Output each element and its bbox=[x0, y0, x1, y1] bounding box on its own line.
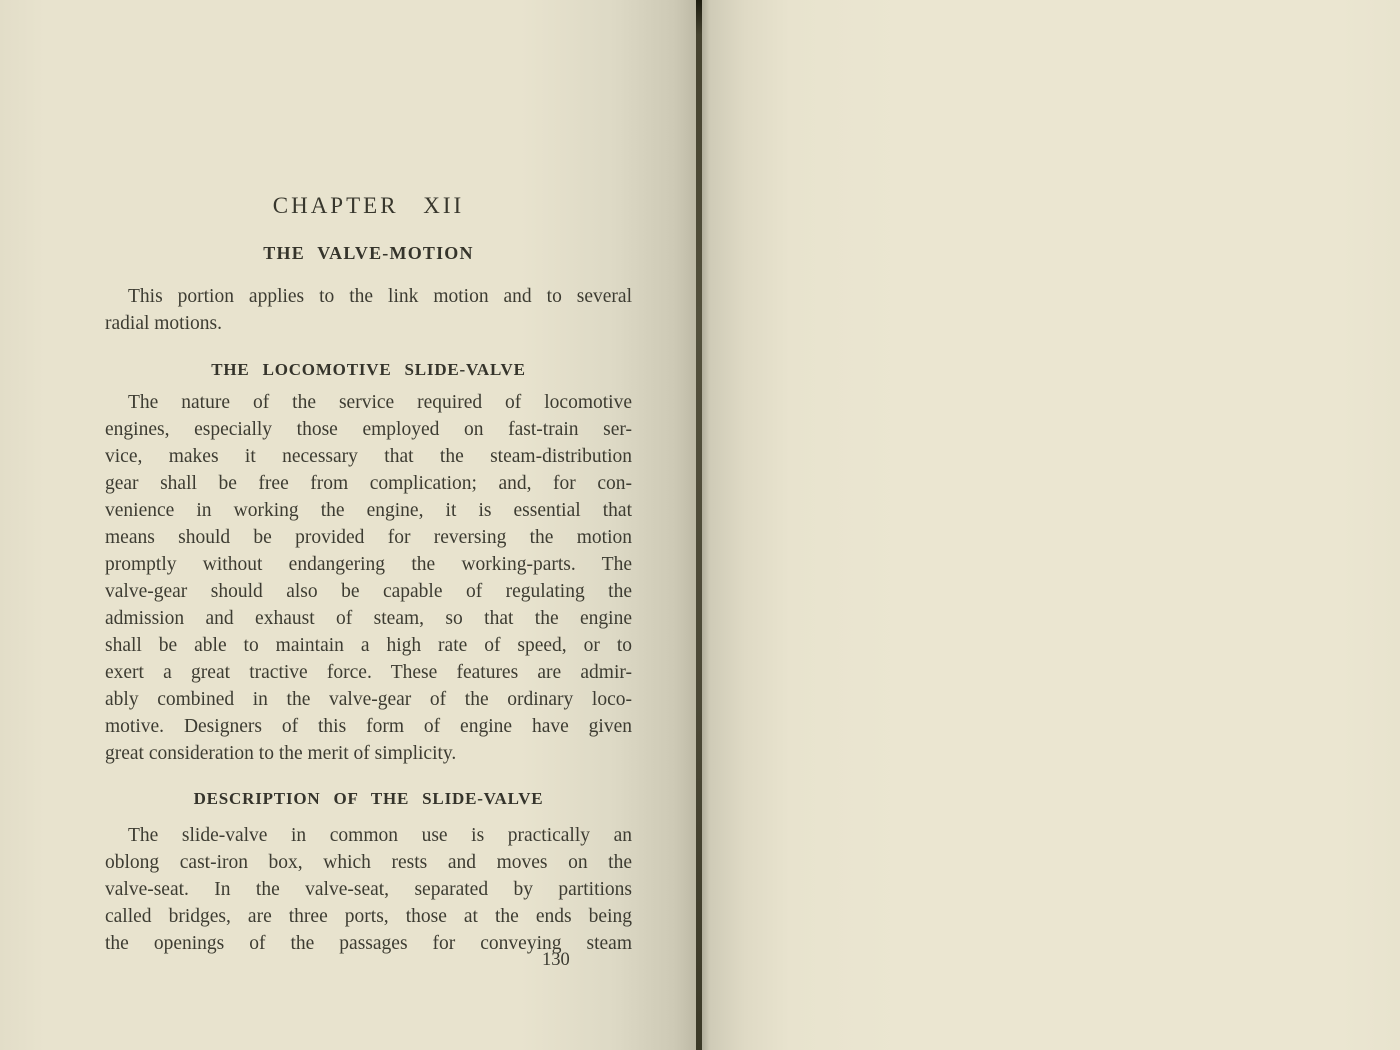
text-line: motive. Designers of this form of engine… bbox=[105, 713, 632, 740]
text-line: oblong cast-iron box, which rests and mo… bbox=[105, 849, 632, 876]
text-line: ably combined in the valve-gear of the o… bbox=[105, 686, 632, 713]
text-line: admission and exhaust of steam, so that … bbox=[105, 605, 632, 632]
text-line: The slide-valve in common use is practic… bbox=[105, 822, 632, 849]
left-page: CHAPTER XII THE VALVE-MOTION This portio… bbox=[0, 0, 700, 1050]
right-page: THE VALVE-MOTION 131 to and from the cyl… bbox=[700, 0, 1400, 1050]
section-heading-description-slide-valve: DESCRIPTION OF THE SLIDE-VALVE bbox=[105, 789, 632, 809]
text-line: exert a great tractive force. These feat… bbox=[105, 659, 632, 686]
chapter-subtitle: THE VALVE-MOTION bbox=[105, 243, 632, 264]
locomotive-slide-valve-paragraph: The nature of the service required of lo… bbox=[105, 389, 632, 767]
text-line: promptly without endangering the working… bbox=[105, 551, 632, 578]
chapter-heading: CHAPTER XII bbox=[105, 193, 632, 219]
text-line: valve-seat. In the valve-seat, separated… bbox=[105, 876, 632, 903]
book-scan-spread: { "document_type": "book-spread-scan", "… bbox=[0, 0, 1400, 1050]
text-line: engines, especially those employed on fa… bbox=[105, 416, 632, 443]
text-line: means should be provided for reversing t… bbox=[105, 524, 632, 551]
section-heading-locomotive-slide-valve: THE LOCOMOTIVE SLIDE-VALVE bbox=[105, 360, 632, 380]
text-line: gear shall be free from complication; an… bbox=[105, 470, 632, 497]
text-line: radial motions. bbox=[105, 310, 632, 337]
text-line: shall be able to maintain a high rate of… bbox=[105, 632, 632, 659]
book-gutter-shadow bbox=[696, 0, 702, 1050]
text-line: valve-gear should also be capable of reg… bbox=[105, 578, 632, 605]
text-line: great consideration to the merit of simp… bbox=[105, 740, 632, 767]
description-slide-valve-paragraph: The slide-valve in common use is practic… bbox=[105, 822, 632, 957]
text-line: called bridges, are three ports, those a… bbox=[105, 903, 632, 930]
intro-paragraph: This portion applies to the link motion … bbox=[105, 283, 632, 337]
text-line: vice, makes it necessary that the steam-… bbox=[105, 443, 632, 470]
text-line: The nature of the service required of lo… bbox=[105, 389, 632, 416]
text-line: This portion applies to the link motion … bbox=[105, 283, 632, 310]
text-line: venience in working the engine, it is es… bbox=[105, 497, 632, 524]
left-page-text-block: CHAPTER XII THE VALVE-MOTION This portio… bbox=[105, 0, 632, 1050]
